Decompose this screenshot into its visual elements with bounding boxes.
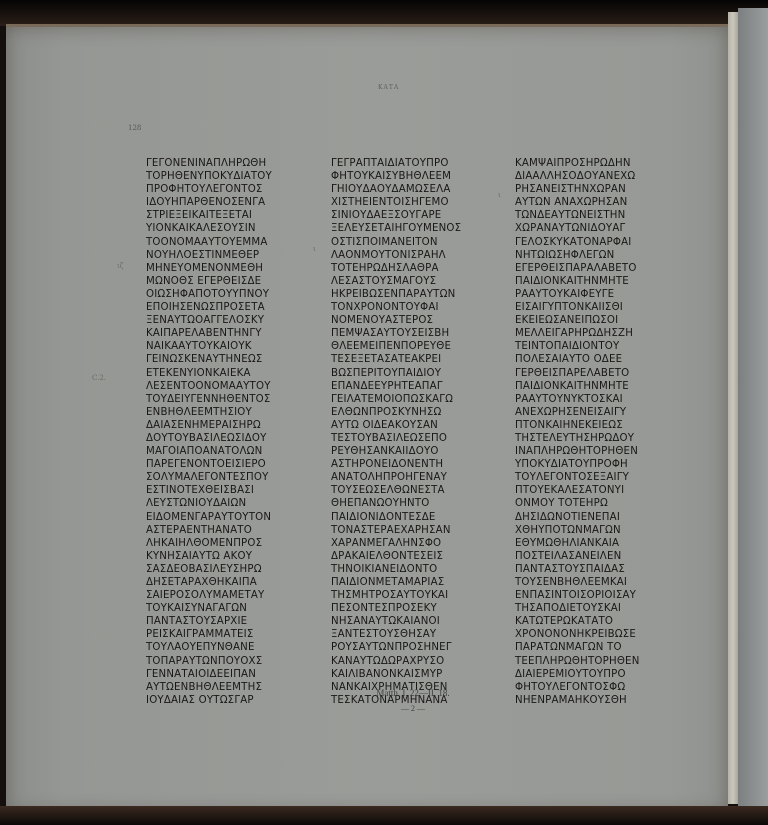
manuscript-line: ΑΥΤΩΝ ΑΝΑΧΩΡΗΣΑΝ	[515, 196, 640, 209]
manuscript-line: ΤΟΥΚΑΙΣΥΝΑΓΑΓΩΝ	[146, 602, 272, 615]
caption-block: Matth. I, 22—II, 18. — 2 —	[318, 0, 508, 825]
manuscript-line: ΕΙΔΟΜΕΝΓΑΡΑΥΤΟΥΤΟΝ	[146, 511, 272, 524]
manuscript-line: ΙΟΥΔΑΙΑΣ ΟΥΤΩΣΓΑΡ	[146, 694, 272, 707]
manuscript-line: ΚΑΙΠΑΡΕΛΑΒΕΝΤΗΝΓΥ	[146, 327, 272, 340]
sheet-number: — 2 —	[318, 704, 508, 713]
manuscript-line: ΤΕΙΝΤΟΠΑΙΔΙΟΝΤΟΥ	[515, 340, 640, 353]
manuscript-line: ΑΥΤΩΕΝΒΗΘΛΕΕΜΤΗΣ	[146, 681, 272, 694]
manuscript-line: ΑΣΤΕΡΑΕΝΤΗΑΝΑΤΟ	[146, 524, 272, 537]
scripture-reference: Matth. I, 22—II, 18.	[318, 688, 508, 698]
manuscript-line: ΠΑΡΑΤΩΝΜΑΓΩΝ ΤΟ	[515, 641, 640, 654]
manuscript-line: ΡΗΣΑΝΕΙΣΤΗΝΧΩΡΑΝ	[515, 183, 640, 196]
manuscript-line: ΔΙΑΑΛΛΗΣΟΔΟΥΑΝΕΧΩ	[515, 170, 640, 183]
manuscript-line: ΙΝΑΠΛΗΡΩΘΗΤΟΡΗΘΕΝ	[515, 445, 640, 458]
manuscript-line: ΓΕΝΝΑΤΑΙΟΙΔΕΕΙΠΑΝ	[146, 668, 272, 681]
manuscript-line: ΠΡΟΦΗΤΟΥΛΕΓΟΝΤΟΣ	[146, 183, 272, 196]
manuscript-line: ΟΙΩΣΗΦΑΠΟΤΟΥΥΠΝΟΥ	[146, 288, 272, 301]
manuscript-line: ΣΤΡΙΕΞΕΙΚΑΙΤΕΞΕΤΑΙ	[146, 209, 272, 222]
manuscript-line: ΤΗΣΑΠΟΔΙΕΤΟΥΣΚΑΙ	[515, 602, 640, 615]
manuscript-line: ΤΟΥΛΑΟΥΕΠΥΝΘΑΝΕ	[146, 641, 272, 654]
manuscript-line: ΕΝΠΑΣΙΝΤΟΙΣΟΡΙΟΙΣΑΥ	[515, 589, 640, 602]
manuscript-line: ΕΙΣΑΙΓΥΠΤΟΝΚΑΙΙΣΘΙ	[515, 301, 640, 314]
manuscript-line: ΚΥΝΗΣΑΙΑΥΤΩ ΑΚΟΥ	[146, 550, 272, 563]
manuscript-line: ΡΑΑΥΤΟΥΚΑΙΦΕΥΓΕ	[515, 288, 640, 301]
manuscript-line: ΛΕΣΕΝΤΟΟΝΟΜΑΑΥΤΟΥ	[146, 380, 272, 393]
manuscript-line: ΕΚΕΙΕΩΣΑΝΕΙΠΩΣΟΙ	[515, 314, 640, 327]
manuscript-line: ΤΟΡΗΘΕΝΥΠΟΚΥΔΙΑΤΟΥ	[146, 170, 272, 183]
manuscript-line: ΕΝΒΗΘΛΕΕΜΤΗΣΙΟΥ	[146, 406, 272, 419]
manuscript-line: ΝΗΕΝΡΑΜΑΗΚΟΥΣΘΗ	[515, 694, 640, 707]
manuscript-line: ΕΘΥΜΩΘΗΛΙΑΝΚΑΙΑ	[515, 537, 640, 550]
manuscript-line: ΔΑΙΑΣΕΝΗΜΕΡΑΙΣΗΡΩ	[146, 419, 272, 432]
manuscript-line: ΜΩΝΟΘΣ ΕΓΕΡΘΕΙΣΔΕ	[146, 275, 272, 288]
manuscript-line: ΣΟΛΥΜΑΛΕΓΟΝΤΕΣΠΟΥ	[146, 471, 272, 484]
manuscript-line: ΔΙΑΙΕΡΕΜΙΟΥΤΟΥΠΡΟ	[515, 668, 640, 681]
manuscript-line: ΠΟΛΕΣΑΙΑΥΤΟ ΟΔΕΕ	[515, 353, 640, 366]
manuscript-line: ΜΕΛΛΕΙΓΑΡΗΡΩΔΗΣΖΗ	[515, 327, 640, 340]
text-column-1: ΓΕΓΟΝΕΝΙΝΑΠΛΗΡΩΘΗΤΟΡΗΘΕΝΥΠΟΚΥΔΙΑΤΟΥΠΡΟΦΗ…	[146, 157, 272, 707]
manuscript-line: ΤΟΥΣΕΝΒΗΘΛΕΕΜΚΑΙ	[515, 576, 640, 589]
manuscript-line: ΤΟΥΛΕΓΟΝΤΟΣΕΞΑΙΓΥ	[515, 471, 640, 484]
manuscript-line: ΧΘΗΥΠΟΤΩΝΜΑΓΩΝ	[515, 524, 640, 537]
manuscript-line: ΣΑΣΔΕΟΒΑΣΙΛΕΥΣΗΡΩ	[146, 563, 272, 576]
manuscript-line: ΓΕΙΝΩΣΚΕΝΑΥΤΗΝΕΩΣ	[146, 353, 272, 366]
manuscript-line: ΠΤΟΥΕΚΑΛΕΣΑΤΟΝΥΙ	[515, 484, 640, 497]
manuscript-line: ΡΕΙΣΚΑΙΓΡΑΜΜΑΤΕΙΣ	[146, 628, 272, 641]
manuscript-line: ΞΕΝΑΥΤΩΟΑΓΓΕΛΟΣΚΥ	[146, 314, 272, 327]
manuscript-line: ΕΠΟΙΗΣΕΝΩΣΠΡΟΣΕΤΑ	[146, 301, 272, 314]
manuscript-line: ΤΟΟΝΟΜΑΑΥΤΟΥΕΜΜΑ	[146, 236, 272, 249]
adjacent-page-edge	[738, 8, 768, 808]
manuscript-line: ΝΟΥΗΛΟΕΣΤΙΝΜΕΘΕΡ	[146, 249, 272, 262]
manuscript-line: ΛΕΥΣΤΩΝΙΟΥΔΑΙΩΝ	[146, 497, 272, 510]
manuscript-line: ΤΟΠΑΡΑΥΤΩΝΠΟΥΟΧΣ	[146, 655, 272, 668]
manuscript-line: ΤΕΕΠΛΗΡΩΘΗΤΟΡΗΘΕΝ	[515, 655, 640, 668]
manuscript-line: ΕΓΕΡΘΕΙΣΠΑΡΑΛΑΒΕΤΟ	[515, 262, 640, 275]
manuscript-line: ΤΩΝΔΕΑΥΤΩΝΕΙΣΤΗΝ	[515, 209, 640, 222]
manuscript-line: ΚΑΤΩΤΕΡΩΚΑΤΑΤΟ	[515, 615, 640, 628]
manuscript-line: ΠΤΟΝΚΑΙΗΝΕΚΕΙΕΩΣ	[515, 419, 640, 432]
manuscript-line: ΥΠΟΚΥΔΙΑΤΟΥΠΡΟΦΗ	[515, 458, 640, 471]
manuscript-line: ΕΣΤΙΝΟΤΕΧΘΕΙΣΒΑΣΙ	[146, 484, 272, 497]
manuscript-line: ΣΑΙΕΡΟΣΟΛΥΜΑΜΕΤΑΥ	[146, 589, 272, 602]
page-number: 128	[128, 124, 141, 132]
manuscript-line: ΠΟΣΤΕΙΛΑΣΑΝΕΙΛΕΝ	[515, 550, 640, 563]
manuscript-line: ΓΕΡΘΕΙΣΠΑΡΕΛΑΒΕΤΟ	[515, 367, 640, 380]
manuscript-line: ΠΑΙΔΙΟΝΚΑΙΤΗΝΜΗΤΕ	[515, 380, 640, 393]
margin-note: C.2.	[92, 374, 106, 382]
manuscript-line: ΠΑΡΕΓΕΝΟΝΤΟΕΙΣΙΕΡΟ	[146, 458, 272, 471]
manuscript-line: ΤΟΥΔΕΙΥΓΕΝΝΗΘΕΝΤΟΣ	[146, 393, 272, 406]
margin-note: ι	[313, 245, 316, 253]
manuscript-line: ΚΑΜΨΑΙΠΡΟΣΗΡΩΔΗΝ	[515, 157, 640, 170]
manuscript-line: ΦΗΤΟΥΛΕΓΟΝΤΟΣΦΩ	[515, 681, 640, 694]
backdrop-bottom	[0, 806, 768, 825]
manuscript-line: ΤΗΣΤΕΛΕΥΤΗΣΗΡΩΔΟΥ	[515, 432, 640, 445]
manuscript-line: ΝΗΤΩΙΩΣΗΦΛΕΓΩΝ	[515, 249, 640, 262]
manuscript-line: ΙΔΟΥΗΠΑΡΘΕΝΟΣΕΝΓΑ	[146, 196, 272, 209]
manuscript-line: ΧΡΟΝΟΝΟΝΗΚΡΕΙΒΩΣΕ	[515, 628, 640, 641]
manuscript-line: ΟΝΜΟΥ ΤΟΤΕΗΡΩ	[515, 497, 640, 510]
manuscript-line: ΠΑΙΔΙΟΝΚΑΙΤΗΝΜΗΤΕ	[515, 275, 640, 288]
manuscript-line: ΛΗΚΑΙΗΛΘΟΜΕΝΠΡΟΣ	[146, 537, 272, 550]
text-column-3: ΚΑΜΨΑΙΠΡΟΣΗΡΩΔΗΝΔΙΑΑΛΛΗΣΟΔΟΥΑΝΕΧΩΡΗΣΑΝΕΙ…	[515, 157, 640, 707]
manuscript-line: ΔΗΣΕΤΑΡΑΧΘΗΚΑΙΠΑ	[146, 576, 272, 589]
manuscript-line: ΠΑΝΤΑΣΤΟΥΣΠΑΙΔΑΣ	[515, 563, 640, 576]
manuscript-line: ΑΝΕΧΩΡΗΣΕΝΕΙΣΑΙΓΥ	[515, 406, 640, 419]
manuscript-line: ΠΑΝΤΑΣΤΟΥΣΑΡΧΙΕ	[146, 615, 272, 628]
manuscript-line: ΥΙΟΝΚΑΙΚΑΛΕΣΟΥΣΙΝ	[146, 222, 272, 235]
manuscript-line: ΡΑΑΥΤΟΥΝΥΚΤΟΣΚΑΙ	[515, 393, 640, 406]
manuscript-line: ΕΤΕΚΕΝΥΙΟΝΚΑΙΕΚΑ	[146, 367, 272, 380]
page-fore-edge	[728, 12, 738, 804]
manuscript-line: ΓΕΓΟΝΕΝΙΝΑΠΛΗΡΩΘΗ	[146, 157, 272, 170]
manuscript-line: ΔΟΥΤΟΥΒΑΣΙΛΕΩΣΙΔΟΥ	[146, 432, 272, 445]
manuscript-line: ΜΗΝΕΥΟΜΕΝΟΝΜΕΘΗ	[146, 262, 272, 275]
manuscript-line: ΓΕΛΟΣΚΥΚΑΤΟΝΑΡΦΑΙ	[515, 236, 640, 249]
margin-note: ιζ	[117, 262, 124, 270]
manuscript-line: ΜΑΓΟΙΑΠΟΑΝΑΤΟΛΩΝ	[146, 445, 272, 458]
manuscript-line: ΝΑΙΚΑΑΥΤΟΥΚΑΙΟΥΚ	[146, 340, 272, 353]
manuscript-line: ΧΩΡΑΝΑΥΤΩΝΙΔΟΥΑΓ	[515, 222, 640, 235]
manuscript-line: ΔΗΣΙΔΩΝΟΤΙΕΝΕΠΑΙ	[515, 511, 640, 524]
